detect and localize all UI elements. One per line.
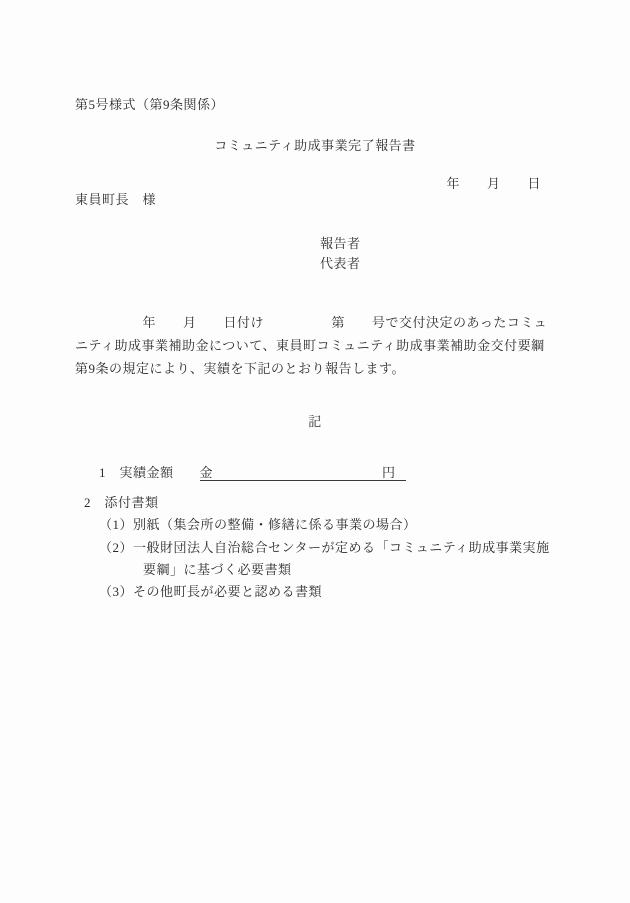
body-line-3: 第9条の規定により、実績を下記のとおり報告します。 (75, 361, 405, 377)
item1-number-label: 1 実績金額 (99, 465, 174, 480)
document-page: 第5号様式（第9条関係） コミュニティ助成事業完了報告書 年 月 日 東員町長 … (0, 0, 630, 903)
body-line-1: 年 月 日付け 第 号で交付決定のあったコミュ (75, 315, 547, 331)
attachment-item-3: （3）その他町長が必要と認める書類 (99, 584, 322, 600)
reporter-label: 報告者 (320, 236, 361, 252)
item2-number-label: 2 添付書類 (84, 495, 159, 511)
amount-blank-underline: 金円 (200, 465, 406, 482)
representative-label: 代表者 (320, 256, 361, 272)
date-line: 年 月 日 (75, 176, 541, 192)
item-amount-row: 1 実績金額金円 (84, 449, 406, 497)
attachment-item-2-line-2: 要綱」に基づく必要書類 (143, 562, 292, 578)
document-title: コミュニティ助成事業完了報告書 (0, 138, 630, 154)
body-line-2: ニティ助成事業補助金について、東員町コミュニティ助成事業補助金交付要綱 (75, 338, 545, 354)
attachment-item-2-line-1: （2）一般財団法人自治総合センターが定める「コミュニティ助成事業実施 (99, 540, 550, 556)
attachment-item-1: （1）別紙（集会所の整備・修繕に係る事業の場合） (99, 517, 417, 533)
addressee: 東員町長 様 (75, 192, 156, 208)
form-number: 第5号様式（第9条関係） (75, 97, 224, 113)
amount-prefix: 金 (200, 465, 214, 481)
record-marker: 記 (0, 414, 630, 430)
amount-suffix: 円 (382, 465, 396, 481)
